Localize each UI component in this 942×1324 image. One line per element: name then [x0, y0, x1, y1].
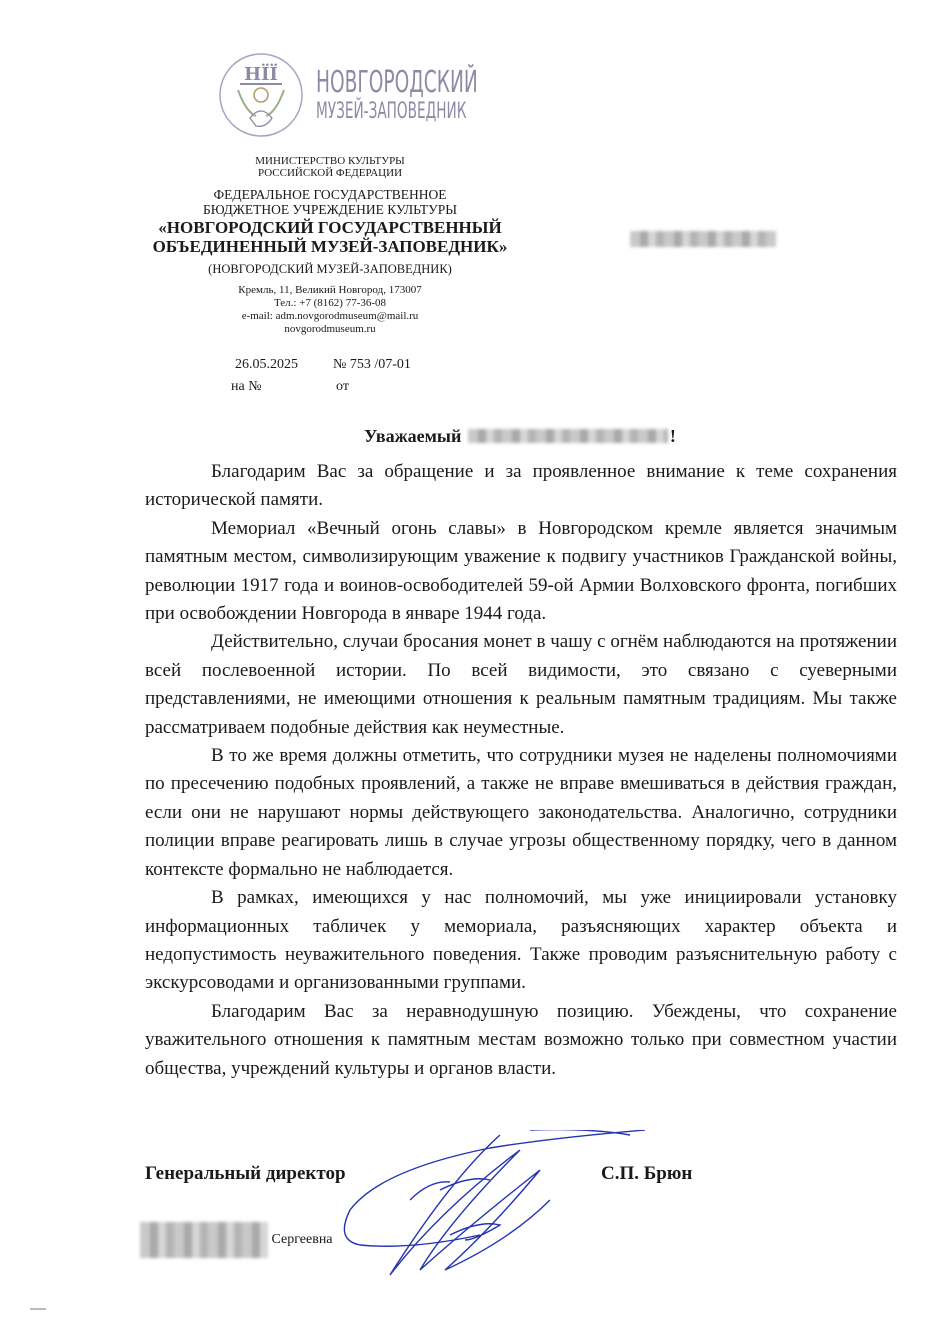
phone: Тел.: +7 (8162) 77-36-08	[140, 297, 520, 310]
greeting-suffix: !	[670, 426, 676, 446]
paragraph: В рамках, имеющихся у нас полномочий, мы…	[145, 884, 897, 998]
institution-name: «НОВГОРОДСКИЙ ГОСУДАРСТВЕННЫЙ ОБЪЕДИНЕНН…	[140, 218, 520, 256]
logo-title: НОВГОРОДСКИЙ	[316, 68, 478, 98]
recipient-redacted	[630, 231, 776, 247]
greeting-prefix: Уважаемый	[364, 426, 461, 446]
letter-body: Благодарим Вас за обращение и за проявле…	[145, 458, 897, 1083]
reference-date-label: от	[336, 379, 349, 395]
address: Кремль, 11, Великий Новгород, 173007	[140, 284, 520, 297]
institution-type-line: БЮДЖЕТНОЕ УЧРЕЖДЕНИЕ КУЛЬТУРЫ	[140, 202, 520, 217]
reference-number-label: на №	[231, 379, 262, 395]
scan-artifact	[30, 1308, 46, 1310]
contact-block: Кремль, 11, Великий Новгород, 173007 Тел…	[140, 284, 520, 336]
email: e-mail: adm.novgorodmuseum@mail.ru	[140, 310, 520, 323]
paragraph: Действительно, случаи бросания монет в ч…	[145, 628, 897, 742]
museum-logo: НЇЇ НОВГОРОДСКИЙ МУЗЕЙ-ЗАПОВЕДНИК	[218, 52, 446, 142]
paragraph: Мемориал «Вечный огонь славы» в Новгород…	[145, 515, 897, 629]
website: novgorodmuseum.ru	[140, 323, 520, 336]
letter-date: 26.05.2025	[235, 357, 298, 373]
svg-text:НЇЇ: НЇЇ	[244, 62, 278, 85]
recipient-name-redacted	[468, 429, 668, 443]
angel-emblem-icon: НЇЇ	[218, 52, 304, 138]
institution-name-line: ОБЪЕДИНЕННЫЙ МУЗЕЙ-ЗАПОВЕДНИК»	[140, 237, 520, 256]
executor: Сергеевна	[140, 1222, 333, 1258]
executor-patronymic: Сергеевна	[272, 1232, 333, 1247]
institution-name-line: «НОВГОРОДСКИЙ ГОСУДАРСТВЕННЫЙ	[140, 218, 520, 237]
paragraph: Благодарим Вас за неравнодушную позицию.…	[145, 998, 897, 1083]
paragraph: В то же время должны отметить, что сотру…	[145, 742, 897, 884]
ministry-line: РОССИЙСКОЙ ФЕДЕРАЦИИ	[140, 167, 520, 179]
institution-type: ФЕДЕРАЛЬНОЕ ГОСУДАРСТВЕННОЕ БЮДЖЕТНОЕ УЧ…	[140, 187, 520, 217]
institution-short-name: (НОВГОРОДСКИЙ МУЗЕЙ-ЗАПОВЕДНИК)	[140, 262, 520, 276]
handwritten-signature-icon	[300, 1130, 720, 1280]
paragraph: Благодарим Вас за обращение и за проявле…	[145, 458, 897, 515]
ministry-line: МИНИСТЕРСТВО КУЛЬТУРЫ	[140, 155, 520, 167]
institution-type-line: ФЕДЕРАЛЬНОЕ ГОСУДАРСТВЕННОЕ	[140, 187, 520, 202]
executor-name-redacted	[140, 1222, 268, 1258]
logo-subtitle: МУЗЕЙ-ЗАПОВЕДНИК	[316, 100, 478, 124]
ministry-block: МИНИСТЕРСТВО КУЛЬТУРЫ РОССИЙСКОЙ ФЕДЕРАЦ…	[140, 155, 520, 179]
greeting: Уважаемый !	[140, 426, 900, 447]
letter-number: № 753 /07-01	[333, 357, 411, 373]
